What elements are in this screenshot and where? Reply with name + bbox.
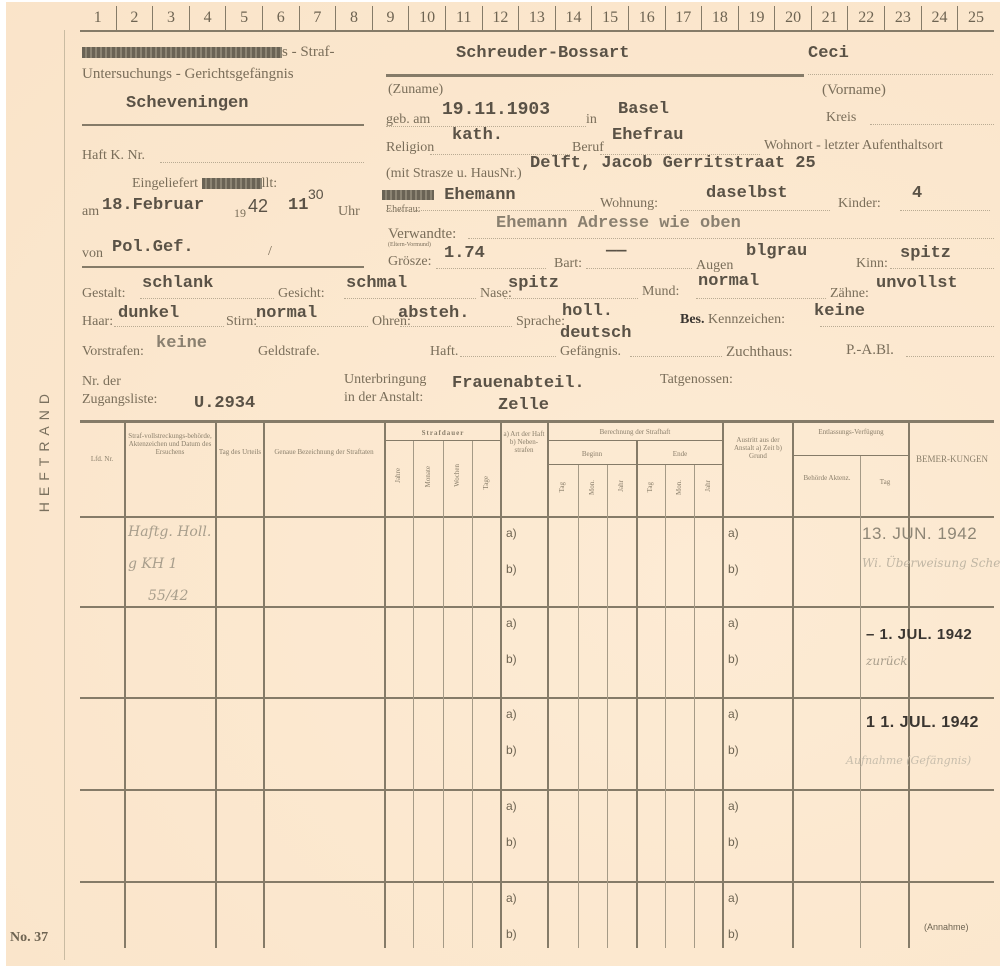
wohnung-label: Wohnung:: [600, 196, 658, 212]
header-ende-mon: Mon.: [675, 480, 683, 495]
row3-art-haft-b-label: b): [506, 743, 517, 757]
row3-art-haft-a-label: a): [506, 707, 517, 721]
header-tag: Tag: [862, 478, 908, 486]
divider: [82, 266, 364, 268]
row-divider: [80, 697, 994, 699]
spouse-value: Ehemann: [382, 186, 516, 205]
row5-austritt-a-label: a): [728, 891, 739, 905]
row1-art-haft-b-label: b): [506, 562, 517, 576]
row3-stamp: 1 1. JUL. 1942: [866, 714, 979, 732]
header-bezeichnung: Genaue Bezeichnung der Straftaten: [265, 448, 383, 456]
row5-austritt-b-label: b): [728, 927, 739, 941]
stirn-label: Stirn:: [226, 314, 257, 330]
mund-label: Mund:: [642, 284, 679, 300]
ruler-number: 10: [408, 6, 445, 30]
col-line: [384, 422, 386, 948]
col-line: [792, 422, 794, 948]
header-subline: [384, 440, 500, 441]
sprache-value-1: holl.: [562, 302, 613, 321]
haar-label: Haar:: [82, 314, 113, 330]
col-line: [547, 422, 549, 948]
ruler-number: 16: [628, 6, 665, 30]
row2-art-haft-b-label: b): [506, 652, 517, 666]
sprache-value-2: deutsch: [560, 324, 631, 343]
field-line: [468, 238, 994, 239]
field-line: [630, 356, 722, 357]
header-jahre: Jahre: [394, 468, 402, 483]
header-ende-jahr: Jahr: [704, 480, 712, 492]
row1-austritt-a-label: a): [728, 526, 739, 540]
column-ruler: 1234567891011121314151617181920212223242…: [80, 6, 994, 32]
wohnung-value: daselbst: [706, 184, 788, 203]
gesicht-label: Gesicht:: [278, 286, 325, 302]
row4-art-haft-b-label: b): [506, 835, 517, 849]
institution-location: Scheveningen: [126, 94, 248, 113]
gefaengnis-label: Gefängnis.: [560, 344, 621, 360]
religion-label: Religion: [386, 140, 434, 156]
col-line: [722, 422, 724, 948]
kreis-line: [870, 124, 994, 125]
field-line: [344, 298, 476, 299]
birth-place: Basel: [618, 100, 669, 119]
augen-value: blgrau: [746, 242, 807, 261]
ruler-number: 22: [847, 6, 884, 30]
field-line: [256, 326, 368, 327]
ruler-number: 14: [555, 6, 592, 30]
row2-stamp: – 1. JUL. 1942: [866, 626, 972, 643]
ruler-number: 20: [774, 6, 811, 30]
ruler-number: 21: [811, 6, 848, 30]
row2-austritt-a-label: a): [728, 616, 739, 630]
verwandte-label: Verwandte:: [388, 226, 456, 243]
row5-art-haft-a-label: a): [506, 891, 517, 905]
admission-time: 11: [288, 196, 308, 215]
row1-behoerde-line2: g KH 1: [128, 556, 177, 572]
tatgenossen-label: Tatgenossen:: [660, 372, 733, 388]
col-line: [263, 422, 265, 948]
row3-remark: Aufnahme (Gefängnis): [846, 754, 971, 767]
row1-austritt-b-label: b): [728, 562, 739, 576]
kinder-label: Kinder:: [838, 196, 881, 212]
col-line-thin: [860, 455, 861, 948]
field-line: [114, 326, 224, 327]
header-berechnung: Berechnung der Strafhaft: [549, 428, 721, 436]
header-behoerde: Straf-vollstreckungs-behörde, Aktenzeich…: [126, 432, 214, 456]
geldstrafe-label: Geldstrafe.: [258, 344, 320, 360]
col-line-thin: [607, 465, 608, 948]
table-top-border: [80, 420, 994, 423]
header-entlassung: Entlassungs-Verfügung: [794, 428, 908, 436]
header-beginn-jahr: Jahr: [617, 480, 625, 492]
row2-art-haft-a-label: a): [506, 616, 517, 630]
von-mark: /: [268, 244, 272, 260]
nase-value: spitz: [508, 274, 559, 293]
divider: [82, 124, 364, 126]
row1-art-haft-a-label: a): [506, 526, 517, 540]
admission-year: 42: [248, 196, 268, 217]
ruler-number: 12: [482, 6, 519, 30]
groesse-value: 1.74: [444, 244, 485, 263]
row2-austritt-b-label: b): [728, 652, 739, 666]
haft-label: Haft.: [430, 344, 458, 360]
religion-value: kath.: [452, 126, 503, 145]
row-divider: [80, 789, 994, 791]
row1-behoerde-line3: 55/42: [148, 588, 188, 604]
ruler-number: 13: [518, 6, 555, 30]
kinn-value: spitz: [900, 244, 951, 263]
von-value: Pol.Gef.: [112, 238, 194, 257]
ruler-number: 25: [957, 6, 994, 30]
surname-value: Schreuder-Bossart: [456, 44, 629, 63]
zaehne-label: Zähne:: [830, 286, 869, 302]
ruler-number: 11: [445, 6, 482, 30]
row1-remark: Wi. Überweisung Scheveningen: [862, 556, 1000, 570]
kinder-value: 4: [912, 184, 922, 203]
col-line-thin: [665, 465, 666, 948]
ruler-number: 8: [335, 6, 372, 30]
col-line: [215, 422, 217, 948]
ruler-number: 15: [591, 6, 628, 30]
field-line: [906, 356, 994, 357]
ruler-number: 5: [225, 6, 262, 30]
row5-annahme: (Annahme): [924, 922, 969, 932]
margin-line: [64, 30, 65, 960]
ruler-number: 17: [665, 6, 702, 30]
field-line: [820, 326, 994, 327]
row-divider: [80, 606, 994, 608]
header-wochen: Wochen: [453, 464, 461, 487]
header-austritt: Austritt aus der Anstalt a) Zeit b) Grun…: [726, 436, 790, 460]
header-tag-urteil: Tag des Urteils: [217, 448, 263, 456]
firstname-value: Ceci: [808, 44, 849, 63]
header-art-haft: a) Art der Haft b) Neben-strafen: [502, 430, 546, 454]
admission-date: 18.Februar: [102, 196, 204, 215]
col-line-thin: [578, 465, 579, 948]
wohnort-label: Wohnort - letzter Aufenthaltsort: [764, 138, 943, 154]
zugang-label-2: Zugangsliste:: [82, 392, 157, 408]
gestalt-label: Gestalt:: [82, 286, 126, 302]
ohren-value: absteh.: [398, 304, 469, 323]
unterbringung-label-1: Unterbringung: [344, 372, 426, 388]
pabl-label: P.-A.Bl.: [846, 342, 894, 359]
header-ende-tag: Tag: [646, 482, 654, 492]
row-divider: [80, 881, 994, 883]
unterbringung-value-1: Frauenabteil.: [452, 374, 585, 393]
haft-k-nr-label: Haft K. Nr.: [82, 148, 145, 164]
header-monate: Monate: [424, 466, 432, 487]
zugang-value: U.2934: [194, 394, 255, 413]
row3-austritt-b-label: b): [728, 743, 739, 757]
header-beginn: Beginn: [549, 450, 635, 458]
header-tage: Tage: [482, 476, 490, 490]
header-subline: [547, 464, 722, 465]
ruler-number: 7: [299, 6, 336, 30]
row5-art-haft-b-label: b): [506, 927, 517, 941]
zugang-label-1: Nr. der: [82, 374, 121, 390]
header-lfd: Lfd. Nr.: [80, 455, 124, 463]
kennzeichen-value: keine: [814, 302, 865, 321]
col-line-thin: [472, 440, 473, 948]
col-line-thin: [694, 465, 695, 948]
vorstrafen-value: keine: [156, 334, 207, 353]
surname-label: (Zuname): [388, 82, 443, 98]
eingeliefert-label: Eingeliefert llt:: [132, 176, 277, 192]
header-subline: [547, 440, 722, 441]
kinn-label: Kinn:: [856, 256, 888, 272]
table-header-border: [80, 516, 994, 518]
ruler-number: 3: [152, 6, 189, 30]
ruler-number: 4: [189, 6, 226, 30]
zaehne-value: unvollst: [876, 274, 958, 293]
col-line: [636, 440, 638, 948]
struck-text: [382, 190, 434, 200]
field-line: [900, 210, 990, 211]
am-label: am: [82, 204, 99, 220]
ruler-number: 1: [80, 6, 116, 30]
row3-austritt-a-label: a): [728, 707, 739, 721]
surname-underline: [386, 74, 804, 77]
row4-art-haft-a-label: a): [506, 799, 517, 813]
gestalt-value: schlank: [142, 274, 213, 293]
row4-austritt-a-label: a): [728, 799, 739, 813]
field-line: [504, 298, 638, 299]
haar-value: dunkel: [118, 304, 179, 323]
struck-text: [82, 47, 282, 58]
ruler-number: 23: [884, 6, 921, 30]
field-line: [600, 154, 760, 155]
ruler-number: 6: [262, 6, 299, 30]
col-line: [908, 422, 910, 948]
field-line: [400, 326, 512, 327]
gesicht-value: schmal: [346, 274, 407, 293]
header-beginn-mon: Mon.: [588, 480, 596, 495]
birth-in-label: in: [586, 112, 597, 128]
field-line: [436, 268, 546, 269]
ruler-number: 19: [738, 6, 775, 30]
uhr-label: Uhr: [338, 204, 360, 220]
col-line: [500, 422, 502, 948]
ruler-number: 24: [921, 6, 958, 30]
admission-time-min: 30: [308, 186, 324, 202]
mund-value: normal: [698, 272, 759, 291]
unterbringung-label-2: in der Anstalt:: [344, 390, 423, 406]
field-line: [460, 356, 556, 357]
form-number: No. 37: [10, 930, 48, 946]
address-value: Delft, Jacob Gerritstraat 25: [530, 154, 816, 173]
unterbringung-value-2: Zelle: [498, 396, 549, 415]
field-line: [890, 268, 994, 269]
bart-label: Bart:: [554, 256, 582, 272]
sprache-label: Sprache:: [516, 314, 565, 330]
kennzeichen-label: Bes. Kennzeichen:: [680, 312, 785, 328]
header-subline: [792, 455, 908, 456]
header-bemerkungen: BEMER-KUNGEN: [916, 450, 988, 468]
row1-stamp: 13. JUN. 1942: [862, 524, 977, 544]
col-line-thin: [413, 440, 414, 948]
struck-text: [202, 178, 262, 189]
ruler-number: 9: [372, 6, 409, 30]
ruler-number: 18: [701, 6, 738, 30]
bart-value: ——: [606, 242, 626, 261]
row2-remark: zurück: [866, 654, 908, 668]
verwandte-sub: (Eltern-Vormund): [388, 242, 431, 248]
von-label: von: [82, 246, 103, 262]
firstname-underline: [808, 74, 993, 75]
header-strafdauer: Strafdauer: [386, 429, 500, 437]
row1-behoerde-line1: Haftg. Holl.: [128, 524, 211, 540]
field-line: [140, 298, 274, 299]
col-line-thin: [443, 440, 444, 948]
col-line: [124, 422, 126, 948]
stirn-value: normal: [256, 304, 317, 323]
firstname-label: (Vorname): [822, 82, 886, 99]
field-line: [586, 268, 692, 269]
beruf-value: Ehefrau: [612, 126, 683, 145]
verwandte-value: Ehemann Adresse wie oben: [496, 214, 741, 233]
street-label: (mit Strasze u. HausNr.): [386, 166, 522, 182]
zuchthaus-label: Zuchthaus:: [726, 344, 793, 361]
row4-austritt-b-label: b): [728, 835, 739, 849]
vorstrafen-label: Vorstrafen:: [82, 344, 144, 360]
field-line: [430, 154, 570, 155]
institution-line-1: s - Straf-: [82, 44, 335, 61]
ruler-number: 2: [116, 6, 153, 30]
institution-line-2: Untersuchungs - Gerichtsgefängnis: [82, 66, 294, 83]
year-prefix: 19: [234, 206, 246, 221]
field-line: [680, 210, 830, 211]
field-line: [386, 210, 594, 211]
groesse-label: Grösze:: [388, 254, 432, 270]
field-line: [696, 298, 826, 299]
header-ende: Ende: [638, 450, 722, 458]
field-line: [386, 126, 586, 127]
kreis-label: Kreis: [826, 110, 856, 126]
heftrand-label: HEFTRAND: [36, 388, 52, 512]
header-beginn-tag: Tag: [558, 482, 566, 492]
birth-date: 19.11.1903: [442, 100, 550, 120]
haft-k-nr-line: [160, 162, 364, 163]
header-behoerde-akt: Behörde Aktenz.: [794, 474, 860, 482]
